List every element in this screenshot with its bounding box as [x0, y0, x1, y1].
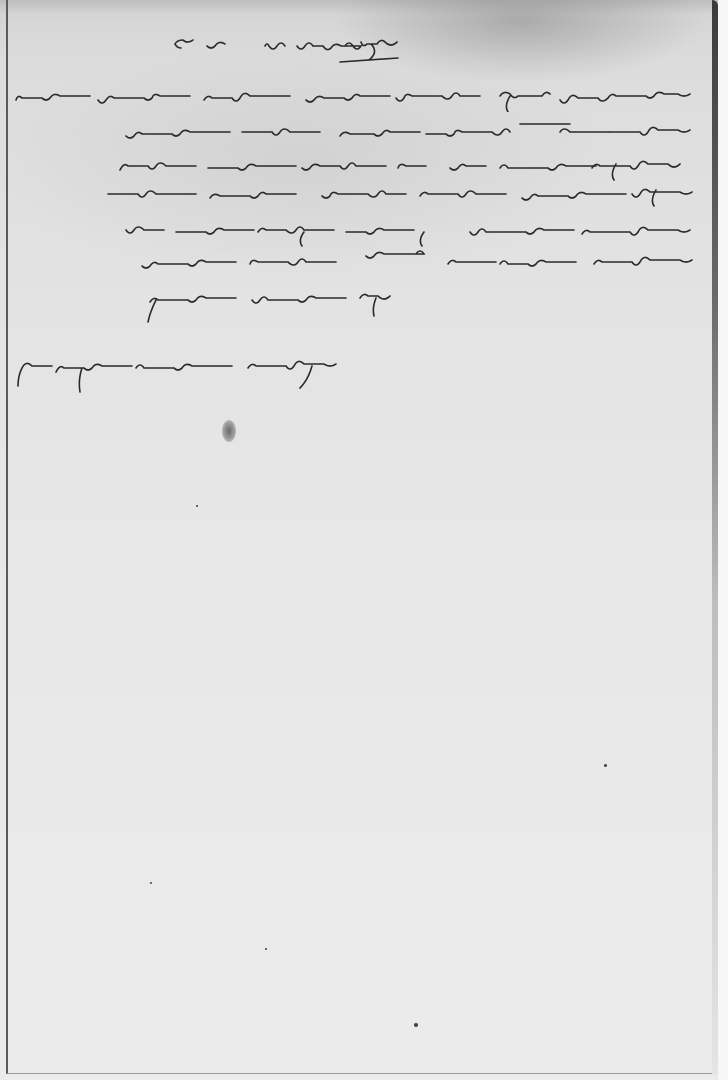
handwritten-line-6 — [116, 250, 696, 278]
ink-dot — [604, 764, 607, 767]
handwritten-heading — [165, 34, 405, 68]
handwritten-line-7 — [126, 286, 394, 328]
scan-margin — [718, 0, 728, 1080]
handwritten-line-4 — [96, 182, 696, 210]
ink-dot — [265, 948, 267, 950]
ink-dot — [150, 882, 152, 884]
ink-stain — [222, 420, 236, 442]
ink-dot — [196, 505, 198, 507]
ink-dot — [414, 1023, 418, 1027]
handwritten-line-5 — [104, 218, 694, 248]
handwritten-line-2 — [100, 118, 696, 146]
handwritten-line-3 — [96, 154, 686, 182]
handwritten-signature-line — [12, 352, 340, 398]
handwritten-line-1 — [10, 86, 696, 112]
